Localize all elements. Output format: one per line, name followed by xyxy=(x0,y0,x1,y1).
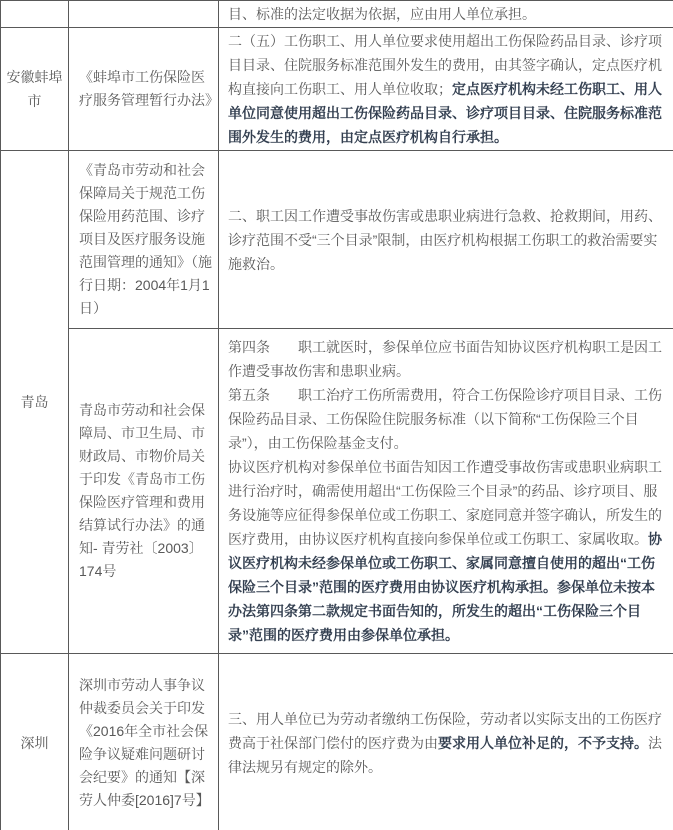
document-cell: 《青岛市劳动和社会保障局关于规范工伤保险用药范围、诊疗项目及医疗服务设施范围管理… xyxy=(69,151,219,329)
city-cell: 深圳 xyxy=(1,654,69,830)
body-text: 二、职工因工作遭受事故伤害或患职业病进行急救、抢救期间，用药、诊疗范围不受“三个… xyxy=(228,208,662,272)
content-cell: 二、职工因工作遭受事故伤害或患职业病进行急救、抢救期间，用药、诊疗范围不受“三个… xyxy=(219,151,673,329)
document-cell xyxy=(69,1,219,28)
document-cell: 青岛市劳动和社会保障局、市卫生局、市财政局、市物价局关于印发《青岛市工伤保险医疗… xyxy=(69,329,219,654)
content-cell: 二（五）工伤职工、用人单位要求使用超出工伤保险药品目录、诊疗项目目录、住院服务标… xyxy=(219,28,673,151)
body-text: 目、标准的法定收据为依据，应由用人单位承担。 xyxy=(228,6,536,22)
city-cell xyxy=(1,1,69,28)
document-cell: 《蚌埠市工伤保险医疗服务管理暂行办法》 xyxy=(69,28,219,151)
city-cell: 青岛 xyxy=(1,151,69,654)
body-text: 第四条 职工就医时，参保单位应书面告知协议医疗机构职工是因工作遭受事故伤害和患职… xyxy=(228,339,662,547)
content-cell: 目、标准的法定收据为依据，应由用人单位承担。 xyxy=(219,1,673,28)
city-cell: 安徽蚌埠市 xyxy=(1,28,69,151)
document-cell: 深圳市劳动人事争议仲裁委员会关于印发《2016年全市社会保险争议疑难问题研讨会纪… xyxy=(69,654,219,830)
table-row: 青岛市劳动和社会保障局、市卫生局、市财政局、市物价局关于印发《青岛市工伤保险医疗… xyxy=(1,329,673,654)
emphasis-text: 要求用人单位补足的，不予支持。 xyxy=(438,735,648,751)
content-cell: 第四条 职工就医时，参保单位应书面告知协议医疗机构职工是因工作遭受事故伤害和患职… xyxy=(219,329,673,654)
content-cell: 三、用人单位已为劳动者缴纳工伤保险，劳动者以实际支出的工伤医疗费高于社保部门偿付… xyxy=(219,654,673,830)
policy-table: 目、标准的法定收据为依据，应由用人单位承担。 安徽蚌埠市 《蚌埠市工伤保险医疗服… xyxy=(0,0,673,830)
table-row: 目、标准的法定收据为依据，应由用人单位承担。 xyxy=(1,1,673,28)
table-row: 青岛 《青岛市劳动和社会保障局关于规范工伤保险用药范围、诊疗项目及医疗服务设施范… xyxy=(1,151,673,329)
table-row: 安徽蚌埠市 《蚌埠市工伤保险医疗服务管理暂行办法》 二（五）工伤职工、用人单位要… xyxy=(1,28,673,151)
table-row: 深圳 深圳市劳动人事争议仲裁委员会关于印发《2016年全市社会保险争议疑难问题研… xyxy=(1,654,673,830)
emphasis-text: 协议医疗机构未经参保单位或工伤职工、家属同意擅自使用的超出“工伤保险三个目录”范… xyxy=(228,531,662,643)
